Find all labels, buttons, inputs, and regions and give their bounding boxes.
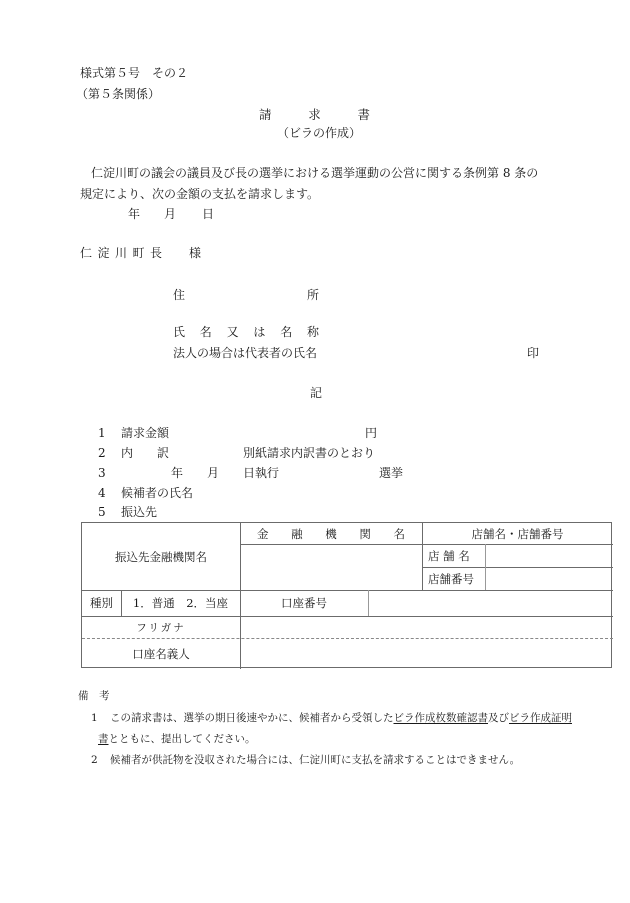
address-label: 住 所: [173, 289, 319, 301]
item-3-day-exec: 日執行: [243, 467, 279, 479]
account-number-label: 口座番号: [240, 590, 368, 616]
account-holder-label: 口座名義人: [82, 638, 240, 669]
item-1-label: 請求金額: [121, 427, 169, 439]
form-number: 様式第５号 その２: [80, 67, 188, 79]
institution-header: 金 融 機 関 名: [240, 523, 422, 544]
underlined-term: ビラ作成枚数確認書: [394, 712, 489, 724]
article-reference: （第５条関係）: [76, 88, 160, 100]
item-4-number: 4: [98, 487, 106, 499]
note-1-number: 1: [91, 713, 98, 724]
date-month-label: 月: [164, 208, 176, 220]
account-holder-field[interactable]: [240, 638, 613, 669]
date-year-label: 年: [128, 208, 140, 220]
item-3-election: 選挙: [379, 467, 403, 479]
bank-transfer-table: 振込先金融機関名 金 融 機 関 名 店舗名・店舗番号 店 舗 名 店舗番号 種…: [81, 522, 612, 668]
remarks-title: 備 考: [78, 691, 110, 702]
note-1-line1: この請求書は、選挙の期日後速やかに、候補者から受領したビラ作成枚数確認書及びビラ…: [110, 713, 572, 724]
note-2-text: 候補者が供託物を没収された場合には、仁淀川町に支払を請求することはできません。: [110, 755, 520, 766]
item-3-month: 月: [207, 467, 219, 479]
furigana-field[interactable]: [240, 616, 613, 638]
branch-number-label: 店舗番号: [422, 567, 485, 590]
request-paragraph-line1: 仁淀川町の議会の議員及び長の選挙における選挙運動の公営に関する条例第 8 条の: [91, 167, 538, 179]
item-4-label: 候補者の氏名: [121, 487, 193, 499]
branch-number-field[interactable]: [485, 567, 613, 590]
item-2-number: 2: [98, 447, 106, 459]
addressee-honorific: 様: [189, 247, 201, 259]
ki-heading: 記: [310, 387, 322, 399]
institution-name-field[interactable]: [240, 544, 422, 590]
request-paragraph-line2: 規定により、次の金額の支払を請求します。: [80, 188, 319, 200]
underlined-term: 書: [98, 733, 109, 745]
furigana-label: フリガナ: [82, 616, 240, 638]
addressee: 仁 淀 川 町 長: [80, 247, 162, 259]
branch-name-label: 店 舗 名: [422, 544, 485, 567]
account-number-field[interactable]: [368, 590, 613, 616]
name-label: 氏 名 又 は 名 称: [173, 326, 319, 338]
branch-header: 店舗名・店舗番号: [422, 523, 613, 544]
underlined-term: ビラ作成証明: [509, 712, 572, 724]
item-2-value: 別紙請求内訳書のとおり: [243, 447, 375, 459]
document-title: 請 求 書: [259, 109, 370, 122]
account-type-label: 種別: [82, 590, 121, 616]
item-3-number: 3: [98, 467, 106, 479]
item-2-label: 内 訳: [121, 447, 169, 459]
yen-suffix: 円: [365, 427, 377, 439]
account-type-options[interactable]: 1．普通 2．当座: [121, 590, 240, 616]
note-2-number: 2: [91, 755, 98, 766]
date-day-label: 日: [202, 208, 214, 220]
item-5-label: 振込先: [121, 506, 157, 518]
item-3-year: 年: [171, 467, 183, 479]
bank-name-header: 振込先金融機関名: [82, 523, 240, 590]
branch-name-field[interactable]: [485, 544, 613, 567]
seal-mark: 印: [527, 347, 539, 359]
item-5-number: 5: [98, 506, 106, 518]
note-1-line2: 書とともに、提出してください。: [98, 734, 256, 745]
document-subtitle: （ビラの作成）: [277, 127, 361, 139]
corporate-representative-label: 法人の場合は代表者の氏名: [173, 347, 317, 359]
item-1-number: 1: [98, 427, 106, 439]
